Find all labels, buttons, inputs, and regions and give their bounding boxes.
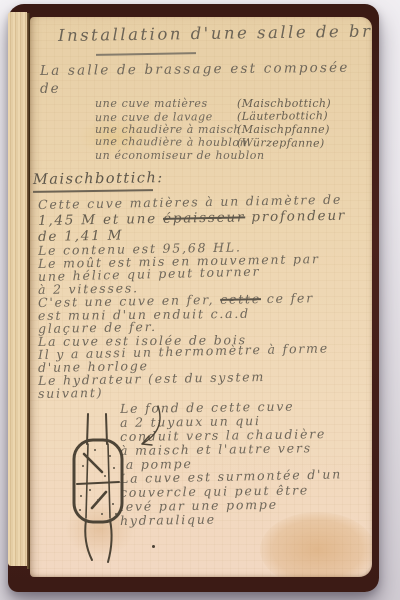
handwritten-line: la pompe: [120, 456, 193, 472]
intro-line: de: [40, 81, 61, 97]
handwritten-line: à maisch et l'autre vers: [120, 440, 312, 458]
notebook-page: Installation d'une salle de brassage La …: [30, 17, 372, 577]
handwritten-line: une hélice qui peut tourner: [38, 264, 261, 284]
previous-page-edges: [8, 12, 27, 566]
handwritten-line: a 2 tuyaux un qui: [120, 413, 261, 430]
equipment-german: (Maischbottich): [237, 97, 331, 110]
struck-word: épaisseur: [163, 209, 245, 226]
equipment-german: (Läuterbottich): [237, 109, 328, 123]
handwritten-line: suivant): [38, 385, 104, 401]
equipment-french: une cuve matières: [95, 97, 208, 110]
handwritten-line: conduit vers la chaudière: [120, 426, 326, 444]
handwritten-line: Le contenu est 95,68 HL.: [38, 239, 242, 258]
equipment-list: une cuve matières(Maischbottich)une cuve…: [95, 97, 365, 162]
handwritten-line: est muni d'un enduit c.a.d: [38, 306, 250, 323]
handwritten-line: levé par une pompe: [120, 497, 278, 514]
equipment-row: une chaudière à maisch(Maischpfanne): [95, 123, 365, 136]
equipment-french: un économiseur de houblon: [95, 149, 265, 162]
intro-line: La salle de brassage est composée: [40, 60, 350, 79]
handwritten-line: couvercle qui peut être: [120, 482, 309, 500]
handwritten-line: 1,45 M et une épaisseur profondeur: [38, 208, 346, 229]
equipment-row: une chaudière à houblon(Würzepfanne): [95, 135, 365, 150]
handwritten-line: Le moût est mis en mouvement par: [38, 251, 320, 271]
handwritten-line: de 1,41 M: [38, 228, 124, 245]
handwritten-line: d'une horloge: [38, 358, 149, 375]
handwritten-line: Le fond de cette cuve: [120, 399, 295, 416]
paper-stain: [260, 512, 372, 577]
handwritten-line: Le hydrateur (est du system: [38, 369, 265, 388]
ink-dot: [152, 545, 155, 548]
section-heading: Maischbottich:: [33, 170, 164, 188]
paper-stain: [65, 502, 135, 557]
equipment-german: (Würzepfanne): [237, 136, 325, 150]
equipment-row: une cuve matières(Maischbottich): [95, 97, 365, 110]
equipment-french: une chaudière à houblon: [95, 135, 247, 149]
title-underline: [96, 52, 196, 56]
page-title: Installation d'une salle de brassage: [58, 21, 372, 45]
heading-underline: [33, 189, 153, 192]
handwritten-line: Il y a aussi un thermomètre à forme: [38, 340, 329, 362]
equipment-row: une cuve de lavage(Läuterbottich): [95, 109, 365, 124]
notebook-photo: Installation d'une salle de brassage La …: [0, 0, 400, 600]
equipment-row: un économiseur de houblon: [95, 149, 365, 162]
hydrator-pipe-sketch: [50, 392, 180, 572]
handwritten-line: La cuve est surmontée d'un: [120, 466, 342, 486]
handwritten-line: La cuve est isolée de bois: [38, 332, 247, 349]
handwritten-line: C'est une cuve en fer, cette ce fer: [38, 290, 314, 310]
handwritten-line: Cette cuve matières à un diamètre de: [38, 192, 342, 212]
handwritten-line: à 2 vitesses.: [38, 280, 139, 297]
struck-word: cette: [220, 291, 261, 307]
handwritten-line: hydraulique: [120, 512, 216, 528]
handwritten-line: glaçure de fer.: [38, 319, 157, 336]
equipment-german: (Maischpfanne): [237, 123, 330, 136]
